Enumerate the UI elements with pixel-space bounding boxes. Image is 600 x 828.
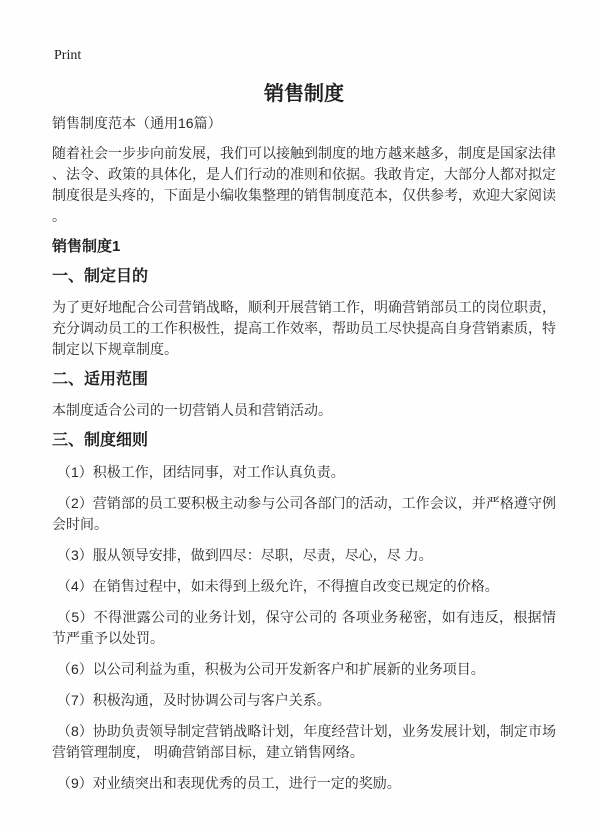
print-button[interactable]: Print	[54, 49, 81, 63]
rule-item-8: （8）协助负责领导制定营销战略计划，年度经营计划，业务发展计划，制定市场营销管理…	[52, 721, 556, 763]
rule-item-5: （5）不得泄露公司的业务计划，保守公司的 各项业务秘密，如有违反，根据情节严重予…	[52, 607, 556, 649]
rule-item-9: （9）对业绩突出和表现优秀的员工，进行一定的奖励。	[52, 773, 556, 794]
rule-item-7: （7）积极沟通，及时协调公司与客户关系。	[52, 690, 556, 711]
rule-item-6: （6）以公司利益为重，积极为公司开发新客户和扩展新的业务项目。	[52, 659, 556, 680]
section-heading-sales-system-1: 销售制度1	[52, 236, 556, 257]
intro-paragraph: 随着社会一步步向前发展，我们可以接触到制度的地方越来越多，制度是国家法律、法令、…	[52, 143, 556, 227]
subsection-heading-rules: 三、制度细则	[52, 430, 556, 452]
scope-paragraph: 本制度适合公司的一切营销人员和营销活动。	[52, 400, 556, 421]
page-title: 销售制度	[52, 84, 556, 104]
purpose-paragraph: 为了更好地配合公司营销战略，顺利开展营销工作，明确营销部员工的岗位职责，充分调动…	[52, 297, 556, 360]
rule-item-3: （3）服从领导安排，做到四尽：尽职，尽责，尽心，尽 力。	[52, 545, 556, 566]
subsection-heading-purpose: 一、制定目的	[52, 266, 556, 288]
rule-item-2: （2）营销部的员工要积极主动参与公司各部门的活动，工作会议，并严格遵守例会时间。	[52, 493, 556, 535]
rule-item-4: （4）在销售过程中，如未得到上级允许，不得擅自改变已规定的价格。	[52, 576, 556, 597]
rule-item-1: （1）积极工作，团结同事，对工作认真负责。	[52, 462, 556, 483]
subsection-heading-scope: 二、适用范围	[52, 369, 556, 391]
document-page: Print 销售制度 销售制度范本（通用16篇） 随着社会一步步向前发展，我们可…	[0, 0, 600, 828]
doc-subtitle: 销售制度范本（通用16篇）	[52, 113, 556, 134]
